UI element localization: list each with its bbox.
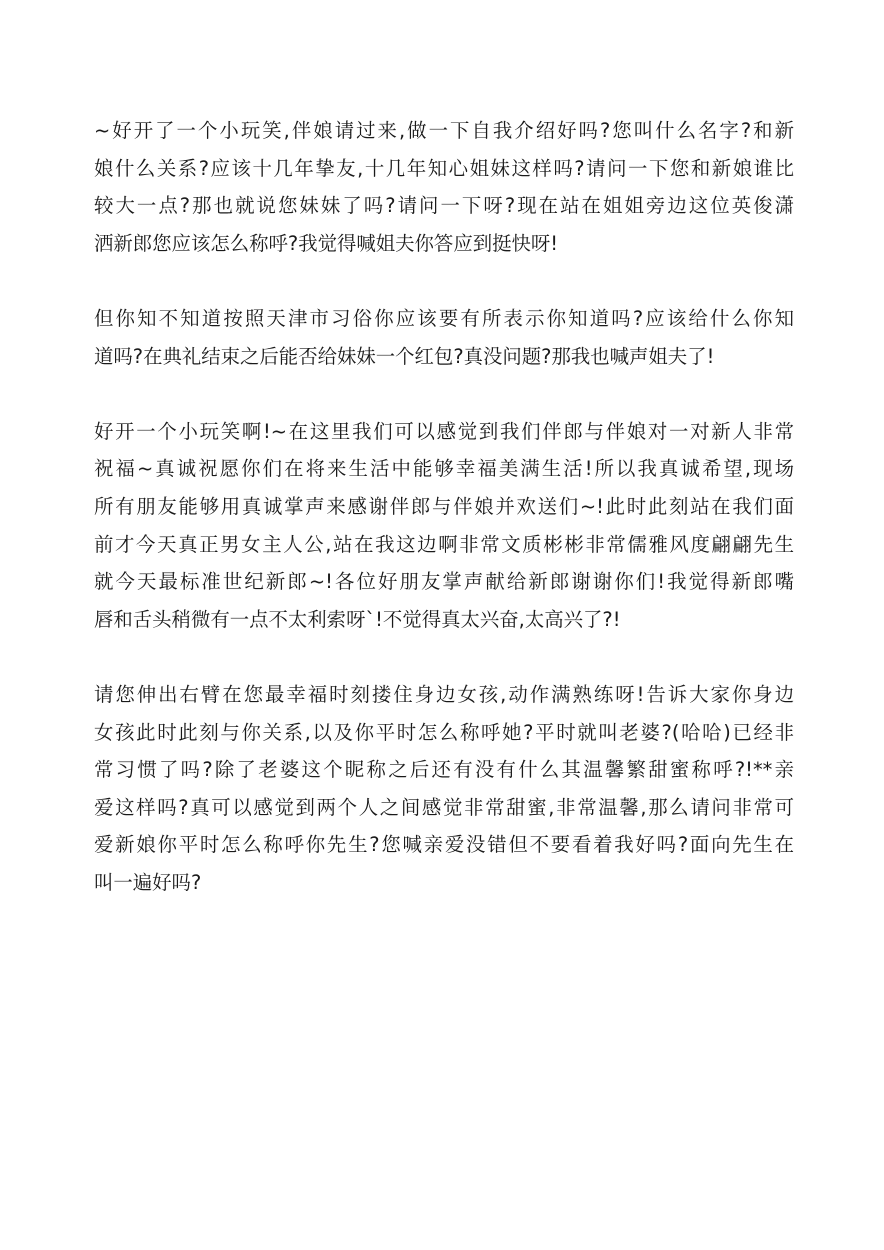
text-line: 道吗?在典礼结束之后能否给妹妹一个红包?真没问题?那我也喊声姐夫了!	[94, 338, 794, 376]
text-line: 但你知不知道按照天津市习俗你应该要有所表示你知道吗?应该给什么你知	[94, 300, 794, 338]
text-line: 就今天最标准世纪新郎~!各位好朋友掌声献给新郎谢谢你们!我觉得新郎嘴	[94, 563, 794, 601]
text-line: 爱这样吗?真可以感觉到两个人之间感觉非常甜蜜,非常温馨,那么请问非常可	[94, 789, 794, 827]
text-line: 女孩此时此刻与你关系,以及你平时怎么称呼她?平时就叫老婆?(哈哈)已经非	[94, 714, 794, 752]
text-line: 所有朋友能够用真诚掌声来感谢伴郎与伴娘并欢送们~!此时此刻站在我们面	[94, 488, 794, 526]
paragraph-1: ~好开了一个小玩笑,伴娘请过来,做一下自我介绍好吗?您叫什么名字?和新 娘什么关…	[94, 112, 794, 262]
text-line: 洒新郎您应该怎么称呼?我觉得喊姐夫你答应到挺快呀!	[94, 225, 794, 263]
text-line: 娘什么关系?应该十几年挚友,十几年知心姐妹这样吗?请问一下您和新娘谁比	[94, 150, 794, 188]
text-line: 叫一遍好吗?	[94, 864, 794, 902]
text-line: ~好开了一个小玩笑,伴娘请过来,做一下自我介绍好吗?您叫什么名字?和新	[94, 112, 794, 150]
document-page: ~好开了一个小玩笑,伴娘请过来,做一下自我介绍好吗?您叫什么名字?和新 娘什么关…	[94, 112, 794, 939]
text-line: 常习惯了吗?除了老婆这个昵称之后还有没有什么其温馨繁甜蜜称呼?!**亲	[94, 751, 794, 789]
paragraph-4: 请您伸出右臂在您最幸福时刻搂住身边女孩,动作满熟练呀!告诉大家你身边 女孩此时此…	[94, 676, 794, 902]
text-line: 唇和舌头稍微有一点不太利索呀`!不觉得真太兴奋,太高兴了?!	[94, 601, 794, 639]
paragraph-3: 好开一个小玩笑啊!~在这里我们可以感觉到我们伴郎与伴娘对一对新人非常 祝福~真诚…	[94, 413, 794, 639]
text-line: 请您伸出右臂在您最幸福时刻搂住身边女孩,动作满熟练呀!告诉大家你身边	[94, 676, 794, 714]
text-line: 较大一点?那也就说您妹妹了吗?请问一下呀?现在站在姐姐旁边这位英俊潇	[94, 187, 794, 225]
text-line: 祝福~真诚祝愿你们在将来生活中能够幸福美满生活!所以我真诚希望,现场	[94, 450, 794, 488]
text-line: 爱新娘你平时怎么称呼你先生?您喊亲爱没错但不要看着我好吗?面向先生在	[94, 826, 794, 864]
paragraph-2: 但你知不知道按照天津市习俗你应该要有所表示你知道吗?应该给什么你知 道吗?在典礼…	[94, 300, 794, 375]
text-line: 好开一个小玩笑啊!~在这里我们可以感觉到我们伴郎与伴娘对一对新人非常	[94, 413, 794, 451]
text-line: 前才今天真正男女主人公,站在我这边啊非常文质彬彬非常儒雅风度翩翩先生	[94, 526, 794, 564]
